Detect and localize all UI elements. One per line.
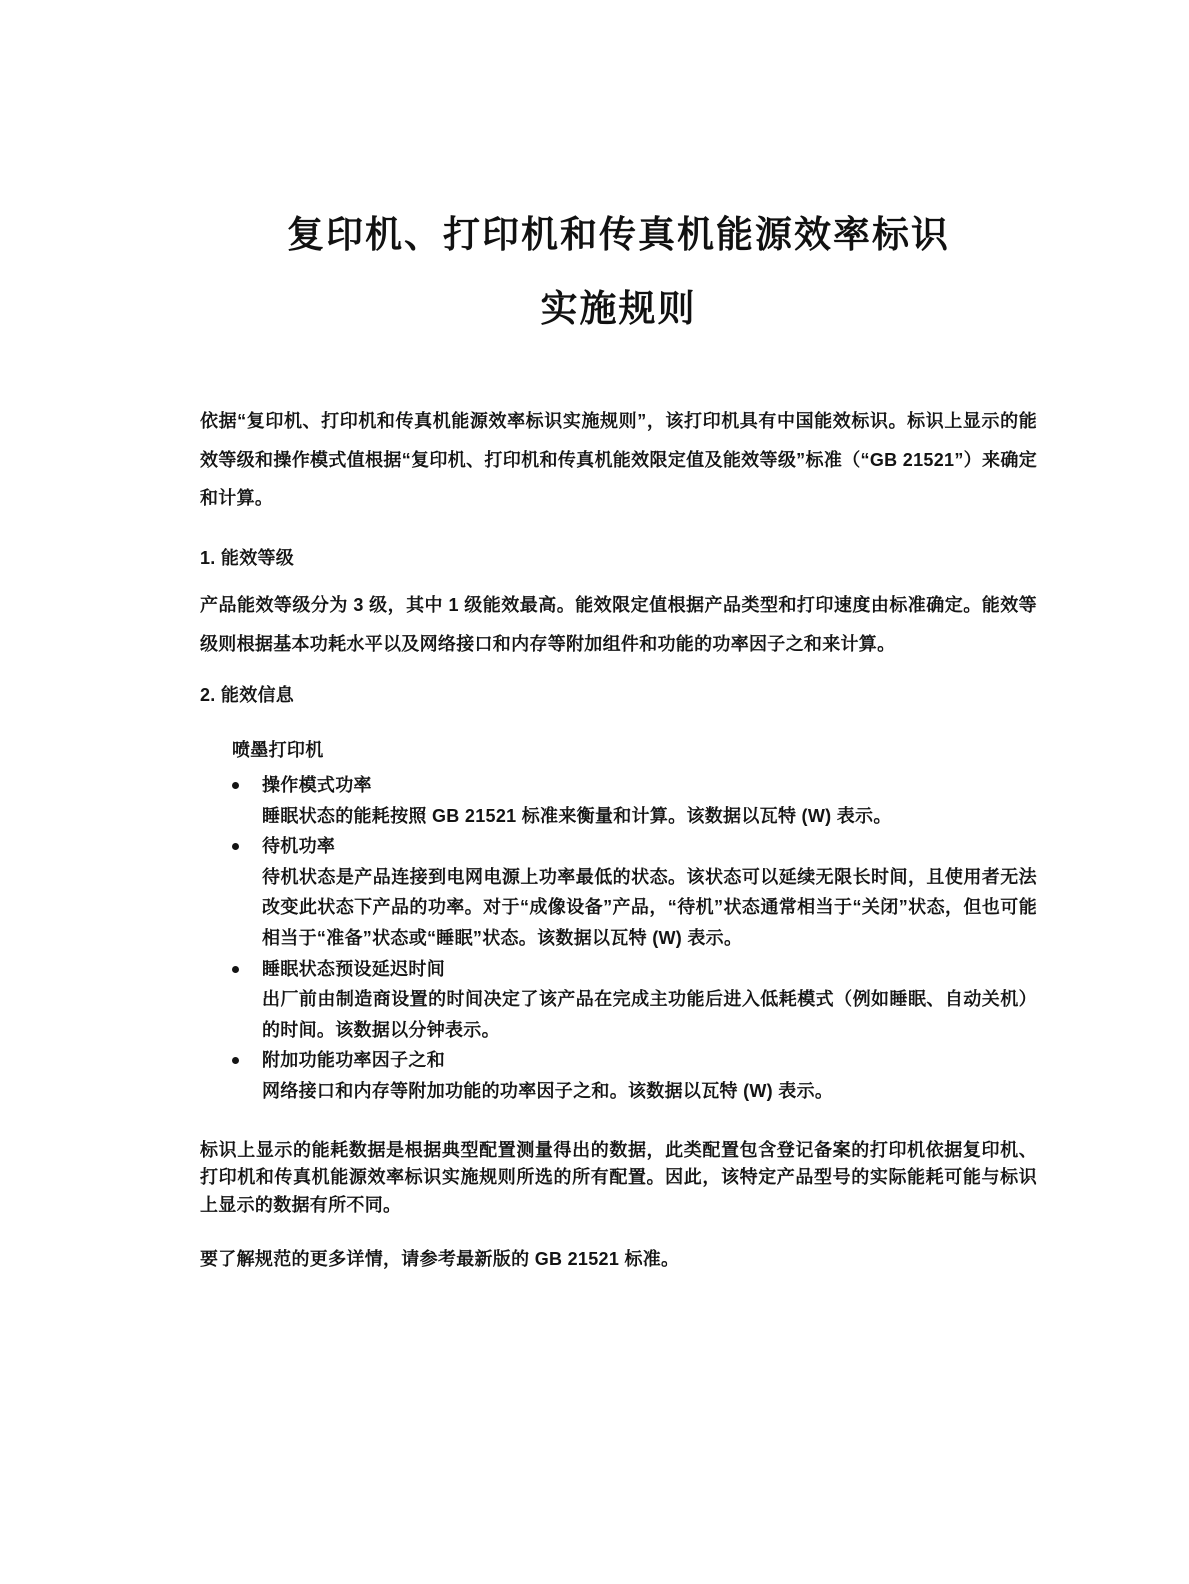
- section-2-heading: 2. 能效信息: [200, 677, 1037, 713]
- bullet-term: 操作模式功率: [262, 770, 1037, 801]
- bullet-description: 待机状态是产品连接到电网电源上功率最低的状态。该状态可以延续无限长时间，且使用者…: [262, 862, 1037, 954]
- bullet-description: 出厂前由制造商设置的时间决定了该产品在完成主功能后进入低耗模式（例如睡眠、自动关…: [262, 984, 1037, 1045]
- bullet-icon: [232, 1057, 239, 1064]
- title-line-1: 复印机、打印机和传真机能源效率标识: [200, 198, 1037, 272]
- bullet-term: 待机功率: [262, 831, 1037, 862]
- intro-paragraph: 依据“复印机、打印机和传真机能源效率标识实施规则”，该打印机具有中国能效标识。标…: [200, 402, 1037, 518]
- list-item-standby-power: 待机功率 待机状态是产品连接到电网电源上功率最低的状态。该状态可以延续无限长时间…: [232, 831, 1037, 953]
- list-item-additional-power-factors: 附加功能功率因子之和 网络接口和内存等附加功能的功率因子之和。该数据以瓦特 (W…: [232, 1045, 1037, 1106]
- document-body: 依据“复印机、打印机和传真机能源效率标识实施规则”，该打印机具有中国能效标识。标…: [200, 402, 1037, 1274]
- list-item-operation-mode-power: 操作模式功率 睡眠状态的能耗按照 GB 21521 标准来衡量和计算。该数据以瓦…: [232, 770, 1037, 831]
- bullet-icon: [232, 843, 239, 850]
- printer-type-subheading: 喷墨打印机: [232, 735, 1037, 766]
- list-item-body: 附加功能功率因子之和 网络接口和内存等附加功能的功率因子之和。该数据以瓦特 (W…: [262, 1045, 1037, 1106]
- bullet-icon: [232, 966, 239, 973]
- bullet-description: 睡眠状态的能耗按照 GB 21521 标准来衡量和计算。该数据以瓦特 (W) 表…: [262, 801, 1037, 832]
- document-page: 复印机、打印机和传真机能源效率标识 实施规则 依据“复印机、打印机和传真机能源效…: [0, 0, 1189, 1584]
- section-1-heading: 1. 能效等级: [200, 540, 1037, 576]
- list-item-body: 睡眠状态预设延迟时间 出厂前由制造商设置的时间决定了该产品在完成主功能后进入低耗…: [262, 954, 1037, 1046]
- bullet-description: 网络接口和内存等附加功能的功率因子之和。该数据以瓦特 (W) 表示。: [262, 1076, 1037, 1107]
- bullet-term: 睡眠状态预设延迟时间: [262, 954, 1037, 985]
- list-item-sleep-delay-time: 睡眠状态预设延迟时间 出厂前由制造商设置的时间决定了该产品在完成主功能后进入低耗…: [232, 954, 1037, 1046]
- closing-paragraph-1: 标识上显示的能耗数据是根据典型配置测量得出的数据，此类配置包含登记备案的打印机依…: [200, 1137, 1037, 1221]
- list-item-body: 操作模式功率 睡眠状态的能耗按照 GB 21521 标准来衡量和计算。该数据以瓦…: [262, 770, 1037, 831]
- document-title: 复印机、打印机和传真机能源效率标识 实施规则: [200, 198, 1037, 346]
- closing-paragraph-2: 要了解规范的更多详情，请参考最新版的 GB 21521 标准。: [200, 1246, 1037, 1274]
- energy-info-list: 操作模式功率 睡眠状态的能耗按照 GB 21521 标准来衡量和计算。该数据以瓦…: [200, 770, 1037, 1107]
- bullet-icon: [232, 782, 239, 789]
- section-1-body: 产品能效等级分为 3 级，其中 1 级能效最高。能效限定值根据产品类型和打印速度…: [200, 586, 1037, 663]
- bullet-term: 附加功能功率因子之和: [262, 1045, 1037, 1076]
- title-line-2: 实施规则: [200, 272, 1037, 346]
- list-item-body: 待机功率 待机状态是产品连接到电网电源上功率最低的状态。该状态可以延续无限长时间…: [262, 831, 1037, 953]
